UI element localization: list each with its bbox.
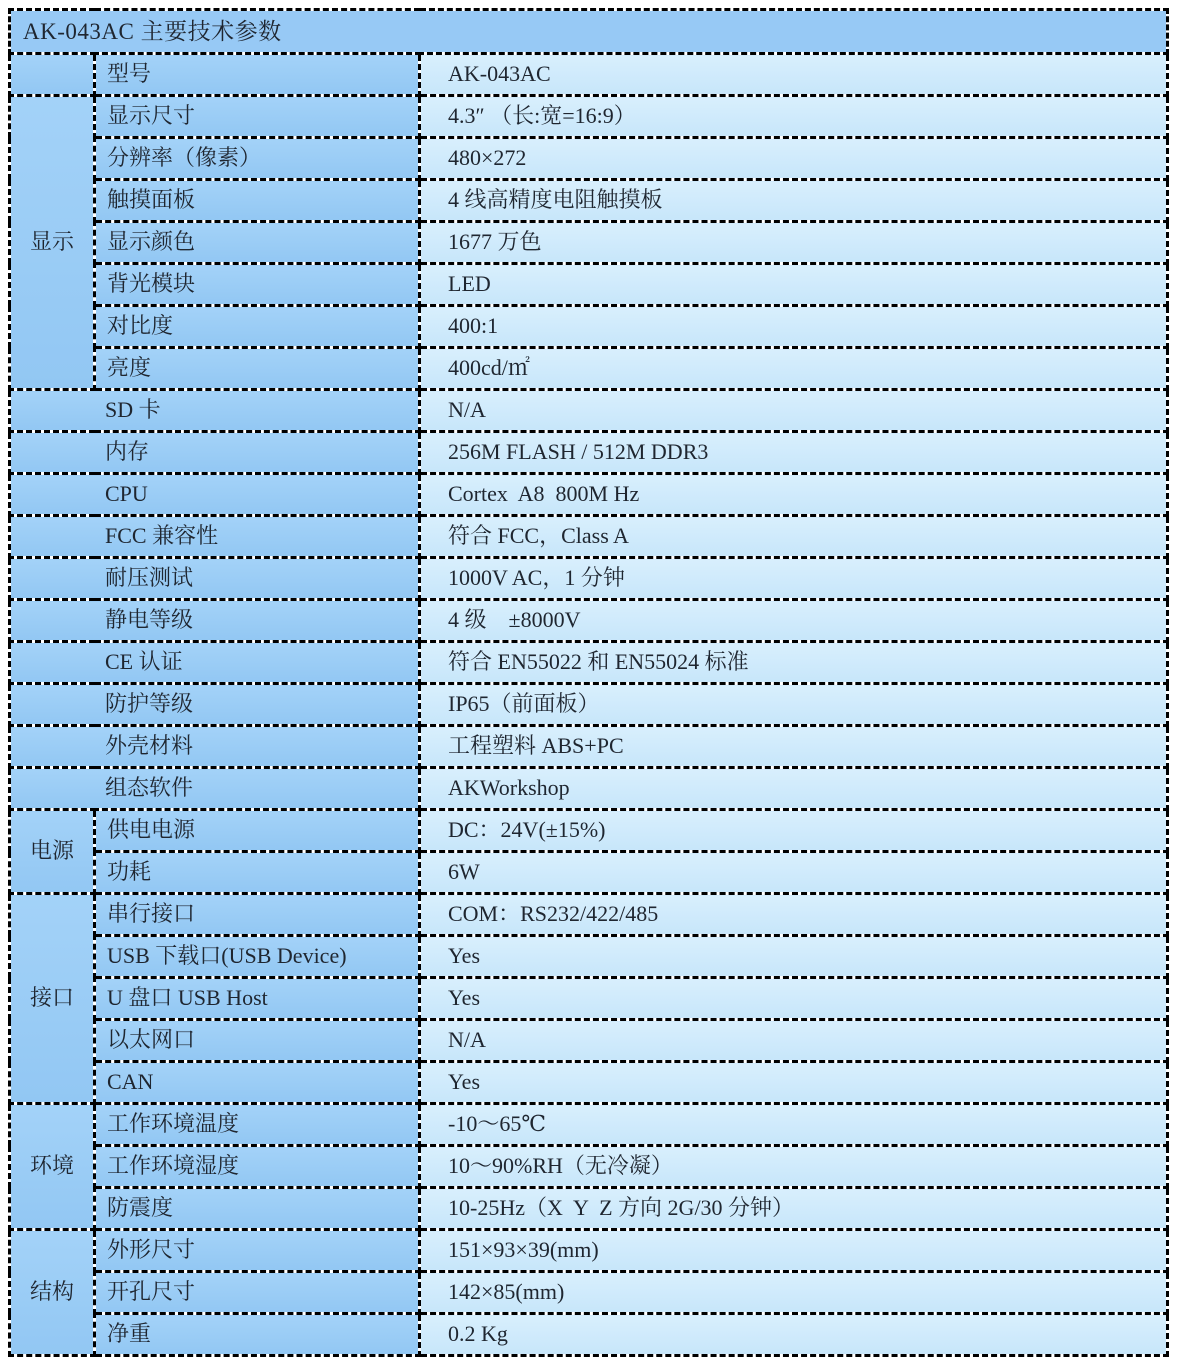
- param-label: 组态软件: [10, 768, 420, 810]
- param-label: 显示颜色: [95, 222, 420, 264]
- table-row: 显示显示尺寸4.3″ （长:宽=16:9）: [10, 96, 1168, 138]
- table-row: 功耗6W: [10, 852, 1168, 894]
- category-cell: 环境: [10, 1104, 95, 1230]
- table-row: 外壳材料工程塑料 ABS+PC: [10, 726, 1168, 768]
- param-label: 外形尺寸: [95, 1230, 420, 1272]
- param-value: 符合 FCC，Class A: [420, 516, 1168, 558]
- category-cell: 电源: [10, 810, 95, 894]
- table-row: 型号AK-043AC: [10, 54, 1168, 96]
- param-label: 工作环境温度: [95, 1104, 420, 1146]
- table-row: 结构外形尺寸151×93×39(mm): [10, 1230, 1168, 1272]
- param-label: CE 认证: [10, 642, 420, 684]
- table-row: 亮度400cd/㎡: [10, 348, 1168, 390]
- param-label: 工作环境湿度: [95, 1146, 420, 1188]
- table-row: 开孔尺寸142×85(mm): [10, 1272, 1168, 1314]
- param-value: 10～90%RH（无冷凝）: [420, 1146, 1168, 1188]
- param-label: 分辨率（像素）: [95, 138, 420, 180]
- param-value: 1000V AC，1 分钟: [420, 558, 1168, 600]
- table-row: 电源供电电源DC：24V(±15%): [10, 810, 1168, 852]
- table-row: 对比度400:1: [10, 306, 1168, 348]
- param-value: DC：24V(±15%): [420, 810, 1168, 852]
- param-label: 静电等级: [10, 600, 420, 642]
- category-cell: 结构: [10, 1230, 95, 1356]
- param-value: COM：RS232/422/485: [420, 894, 1168, 936]
- param-value: 4.3″ （长:宽=16:9）: [420, 96, 1168, 138]
- param-label: 防震度: [95, 1188, 420, 1230]
- param-label: U 盘口 USB Host: [95, 978, 420, 1020]
- param-label: USB 下载口(USB Device): [95, 936, 420, 978]
- param-label: 功耗: [95, 852, 420, 894]
- table-row: 组态软件AKWorkshop: [10, 768, 1168, 810]
- param-value: Yes: [420, 1062, 1168, 1104]
- param-value: 工程塑料 ABS+PC: [420, 726, 1168, 768]
- table-row: 工作环境湿度10～90%RH（无冷凝）: [10, 1146, 1168, 1188]
- param-label: 显示尺寸: [95, 96, 420, 138]
- table-row: 显示颜色1677 万色: [10, 222, 1168, 264]
- spec-table-body: 型号AK-043AC显示显示尺寸4.3″ （长:宽=16:9）分辨率（像素）48…: [10, 54, 1168, 1356]
- param-value: N/A: [420, 390, 1168, 432]
- param-value: 10-25Hz（X Y Z 方向 2G/30 分钟）: [420, 1188, 1168, 1230]
- table-row: 静电等级4 级 ±8000V: [10, 600, 1168, 642]
- param-label: 型号: [95, 54, 420, 96]
- param-label: 背光模块: [95, 264, 420, 306]
- table-row: U 盘口 USB HostYes: [10, 978, 1168, 1020]
- table-row: 净重0.2 Kg: [10, 1314, 1168, 1356]
- param-value: N/A: [420, 1020, 1168, 1062]
- param-value: LED: [420, 264, 1168, 306]
- param-label: 防护等级: [10, 684, 420, 726]
- param-label: 开孔尺寸: [95, 1272, 420, 1314]
- param-label: 供电电源: [95, 810, 420, 852]
- table-row: 耐压测试1000V AC，1 分钟: [10, 558, 1168, 600]
- param-label: CAN: [95, 1062, 420, 1104]
- param-label: SD 卡: [10, 390, 420, 432]
- param-value: Cortex A8 800M Hz: [420, 474, 1168, 516]
- param-label: 对比度: [95, 306, 420, 348]
- param-value: 4 级 ±8000V: [420, 600, 1168, 642]
- table-row: 环境工作环境温度-10～65℃: [10, 1104, 1168, 1146]
- param-label: 内存: [10, 432, 420, 474]
- table-row: SD 卡N/A: [10, 390, 1168, 432]
- param-value: IP65（前面板）: [420, 684, 1168, 726]
- param-value: 151×93×39(mm): [420, 1230, 1168, 1272]
- category-cell-empty: [10, 54, 95, 96]
- param-value: 480×272: [420, 138, 1168, 180]
- table-row: USB 下载口(USB Device)Yes: [10, 936, 1168, 978]
- table-row: 防震度10-25Hz（X Y Z 方向 2G/30 分钟）: [10, 1188, 1168, 1230]
- param-value: AKWorkshop: [420, 768, 1168, 810]
- table-row: CE 认证符合 EN55022 和 EN55024 标准: [10, 642, 1168, 684]
- param-value: 0.2 Kg: [420, 1314, 1168, 1356]
- table-title-row: AK-043AC 主要技术参数: [10, 10, 1168, 54]
- param-label: 触摸面板: [95, 180, 420, 222]
- table-row: 接口串行接口COM：RS232/422/485: [10, 894, 1168, 936]
- param-value: 4 线高精度电阻触摸板: [420, 180, 1168, 222]
- param-value: 符合 EN55022 和 EN55024 标准: [420, 642, 1168, 684]
- category-cell: 显示: [10, 96, 95, 390]
- table-row: 以太网口N/A: [10, 1020, 1168, 1062]
- table-row: 内存256M FLASH / 512M DDR3: [10, 432, 1168, 474]
- param-label: FCC 兼容性: [10, 516, 420, 558]
- param-label: 耐压测试: [10, 558, 420, 600]
- table-row: 触摸面板4 线高精度电阻触摸板: [10, 180, 1168, 222]
- param-value: 256M FLASH / 512M DDR3: [420, 432, 1168, 474]
- category-cell: 接口: [10, 894, 95, 1104]
- table-row: 分辨率（像素）480×272: [10, 138, 1168, 180]
- param-label: 以太网口: [95, 1020, 420, 1062]
- param-value: Yes: [420, 936, 1168, 978]
- table-row: 防护等级IP65（前面板）: [10, 684, 1168, 726]
- param-value: -10～65℃: [420, 1104, 1168, 1146]
- param-value: 6W: [420, 852, 1168, 894]
- table-row: 背光模块LED: [10, 264, 1168, 306]
- param-value: Yes: [420, 978, 1168, 1020]
- table-row: FCC 兼容性符合 FCC，Class A: [10, 516, 1168, 558]
- param-value: 1677 万色: [420, 222, 1168, 264]
- table-row: CANYes: [10, 1062, 1168, 1104]
- param-label: 串行接口: [95, 894, 420, 936]
- param-value: 400:1: [420, 306, 1168, 348]
- param-label: 外壳材料: [10, 726, 420, 768]
- param-value: AK-043AC: [420, 54, 1168, 96]
- spec-table: AK-043AC 主要技术参数 型号AK-043AC显示显示尺寸4.3″ （长:…: [8, 8, 1169, 1357]
- param-label: 亮度: [95, 348, 420, 390]
- param-label: 净重: [95, 1314, 420, 1356]
- table-row: CPUCortex A8 800M Hz: [10, 474, 1168, 516]
- table-title: AK-043AC 主要技术参数: [10, 10, 1168, 54]
- param-label: CPU: [10, 474, 420, 516]
- param-value: 142×85(mm): [420, 1272, 1168, 1314]
- param-value: 400cd/㎡: [420, 348, 1168, 390]
